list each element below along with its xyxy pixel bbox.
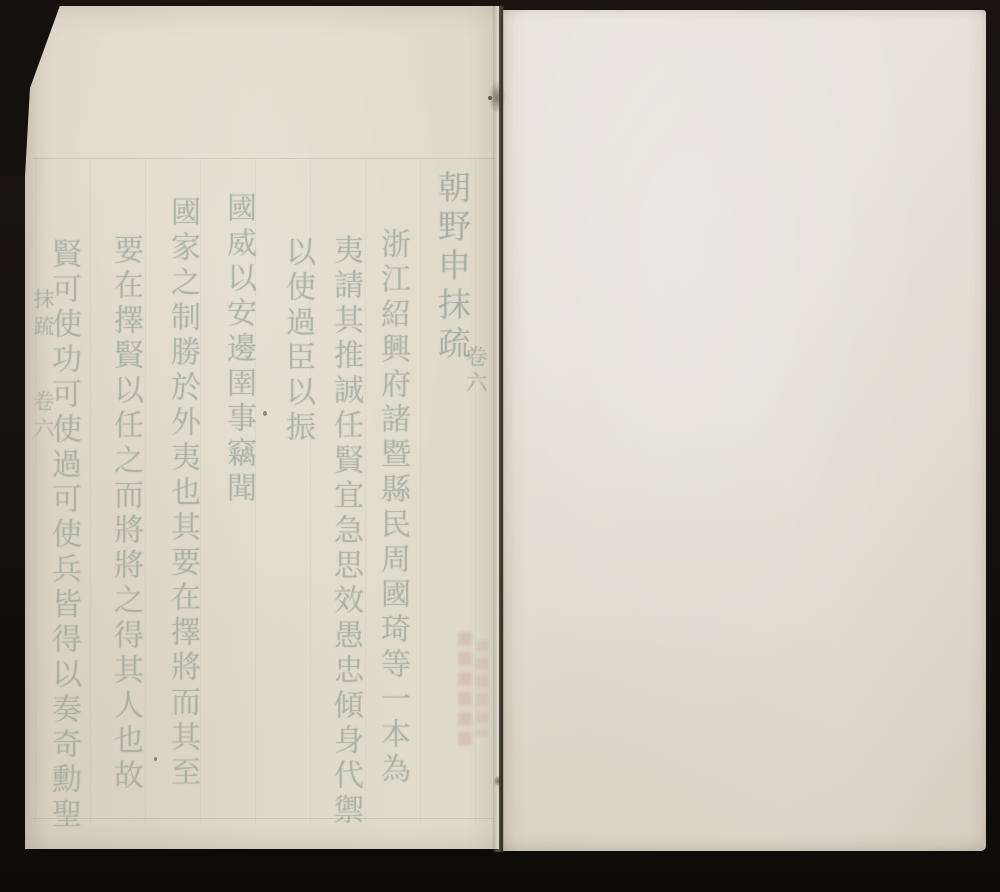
text-column-3: 以使過臣以振	[280, 236, 314, 849]
stitch-hole-top	[488, 96, 492, 100]
text-column-5: 國家之制勝於外夷也其要在擇將而其至	[165, 196, 199, 826]
paper-speck	[154, 757, 157, 761]
text-column-4: 國威以安邊圉事竊聞	[221, 192, 255, 822]
frame-top-border	[33, 158, 495, 159]
center-fold	[493, 6, 504, 852]
right-page-blank	[503, 10, 986, 851]
paper-speck	[263, 411, 267, 416]
text-column-6: 要在擇賢以任之而將將之得其人也故	[108, 234, 142, 849]
text-column-2: 夷請其推誠任賢宜急思效愚忠傾身代禦	[328, 234, 362, 849]
left-page: 朝野申抹疏 卷六 浙江紹興府諸暨縣民周國琦等一本為 夷請其推誠任賢宜急思效愚忠傾…	[25, 6, 499, 849]
frame-bottom-border	[33, 818, 495, 819]
seal-bleedthrough-strip-2	[476, 640, 488, 736]
margin-fragment-bottom: 卷六	[30, 390, 55, 510]
stitch-hole-bottom	[494, 776, 502, 786]
seal-bleedthrough-strip-1	[458, 632, 472, 750]
text-column-1: 浙江紹興府諸暨縣民周國琦等一本為	[375, 228, 409, 849]
column-rule-lines	[35, 158, 495, 826]
volume-label: 卷六	[461, 345, 487, 455]
